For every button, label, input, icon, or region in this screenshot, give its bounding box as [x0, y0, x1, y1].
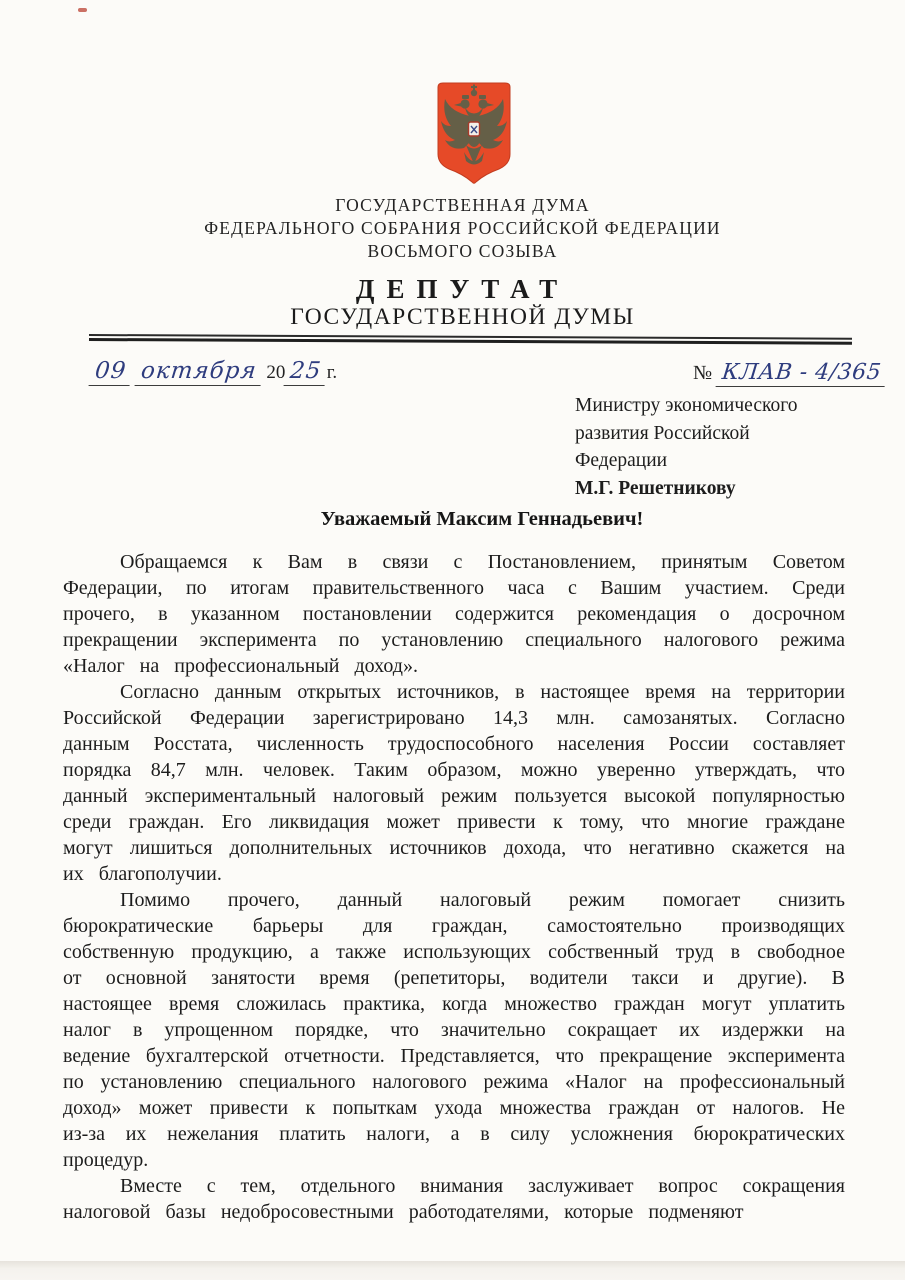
- org-name-line1: ГОСУДАРСТВЕННАЯ ДУМА: [0, 194, 905, 217]
- letterhead-divider: [89, 334, 852, 345]
- letter-page: ГОСУДАРСТВЕННАЯ ДУМА ФЕДЕРАЛЬНОГО СОБРАН…: [0, 0, 905, 1280]
- salutation: Уважаемый Максим Геннадьевич!: [63, 508, 873, 531]
- handwritten-year: 25: [284, 358, 328, 386]
- letter-body: Обращаемся к Вам в связи с Постановление…: [63, 549, 845, 1225]
- body-paragraph: Согласно данным открытых источников, в н…: [63, 679, 845, 887]
- handwritten-ref-number: КЛАВ - 4/365: [716, 360, 888, 387]
- body-paragraph: Вместе с тем, отдельного внимания заслуж…: [63, 1173, 845, 1225]
- recipient-block: Министру экономического развития Российс…: [575, 392, 865, 502]
- deputy-title: ДЕПУТАТ: [0, 274, 905, 304]
- date-line: 09 октября 2025г.: [90, 358, 337, 386]
- handwritten-day: 09: [89, 358, 133, 386]
- printed-century: 20: [266, 362, 285, 383]
- recipient-name: М.Г. Решетникову: [575, 475, 865, 503]
- reference-number-line: № КЛАВ - 4/365: [693, 360, 886, 387]
- scan-bottom-edge: [0, 1261, 905, 1280]
- year-suffix: г.: [327, 362, 337, 383]
- recipient-line: развития Российской: [575, 420, 865, 448]
- deputy-subtitle: ГОСУДАРСТВЕННОЙ ДУМЫ: [0, 304, 905, 331]
- org-name-line3: ВОСЬМОГО СОЗЫВА: [0, 240, 905, 263]
- body-paragraph: Помимо прочего, данный налоговый режим п…: [63, 887, 845, 1173]
- coat-of-arms-icon: [437, 82, 511, 185]
- letterhead: ГОСУДАРСТВЕННАЯ ДУМА ФЕДЕРАЛЬНОГО СОБРАН…: [0, 194, 905, 331]
- number-sign: №: [693, 362, 712, 384]
- recipient-line: Министру экономического: [575, 392, 865, 420]
- org-name-line2: ФЕДЕРАЛЬНОГО СОБРАНИЯ РОССИЙСКОЙ ФЕДЕРАЦ…: [0, 217, 905, 240]
- recipient-line: Федерации: [575, 447, 865, 475]
- handwritten-month: октября: [135, 358, 264, 386]
- scan-artifact: [78, 8, 87, 12]
- body-paragraph: Обращаемся к Вам в связи с Постановление…: [63, 549, 845, 679]
